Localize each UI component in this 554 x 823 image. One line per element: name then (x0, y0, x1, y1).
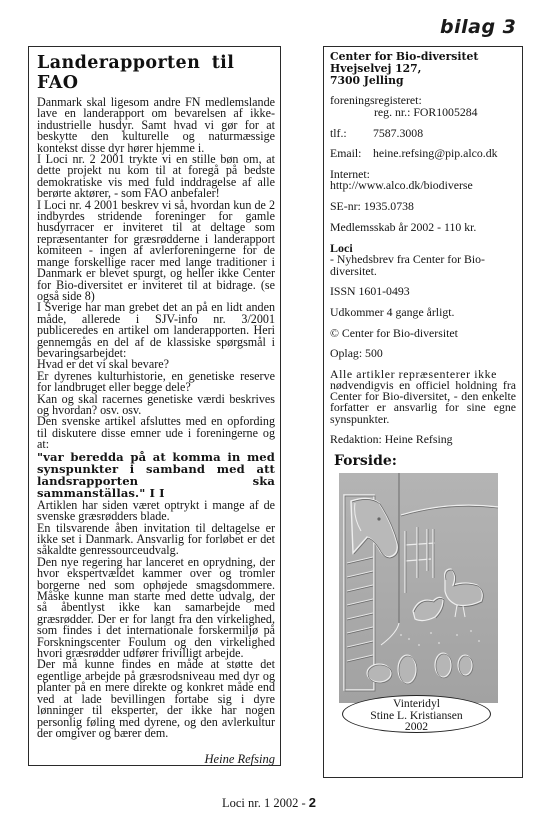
article-paragraph: Kan og skal racernes genetiske værdi bes… (37, 394, 275, 417)
article-paragraph: I Loci nr. 4 2001 beskrev vi så, hvordan… (37, 200, 275, 303)
org-street: Hvejselvej 127, (330, 63, 516, 75)
cover-caption: Vinteridyl Stine L. Kristiansen 2002 (342, 695, 491, 733)
circulation: Oplag: 500 (330, 348, 516, 360)
internet-url: http://www.alco.dk/biodiverse (330, 180, 516, 192)
page-number: 2 (309, 795, 316, 810)
register-number: reg. nr.: FOR1005284 (330, 107, 516, 119)
loci-description: - Nyhedsbrev fra Center for Bio-diversit… (330, 254, 516, 277)
se-value: 1935.0738 (364, 199, 414, 213)
article-paragraph: Der må kunne findes en måde at støtte de… (37, 659, 275, 739)
disclaimer: Alle artikler repræsenterer ikke nødvend… (330, 369, 516, 425)
article-title: Landerapporten til FAO (37, 53, 275, 93)
editor: Redaktion: Heine Refsing (330, 434, 516, 446)
article-paragraph: I Sverige har man grebet det an på en li… (37, 302, 275, 359)
article-paragraph: Den svenske artikel afsluttes med en opf… (37, 416, 275, 450)
article-paragraph: I Loci nr. 2 2001 trykte vi en stille bø… (37, 154, 275, 200)
cover-caption-title: Vinteridyl (343, 698, 490, 709)
email-value: heine.refsing@pip.alco.dk (373, 146, 498, 160)
membership: Medlemsskab år 2002 - 110 kr. (330, 222, 516, 234)
article-paragraph: Danmark skal ligesom andre FN medlemslan… (37, 97, 275, 154)
cover-heading: Forside: (334, 453, 516, 469)
cover-relief-illustration (339, 473, 498, 703)
phone-label: tlf.: (330, 128, 370, 140)
article-body: Danmark skal ligesom andre FN medlemslan… (37, 97, 275, 767)
article-paragraph: Artiklen har siden været optrykt i mange… (37, 500, 275, 523)
issue-label: Loci nr. 1 2002 - (222, 796, 306, 810)
article-author: Heine Refsing (37, 752, 275, 767)
article-box: Landerapporten til FAO Danmark skal lige… (28, 46, 281, 766)
se-line: SE-nr: 1935.0738 (330, 201, 516, 213)
cover-caption-year: 2002 (343, 721, 490, 732)
article-paragraph: Er dyrenes kulturhistorie, en genetiske … (37, 371, 275, 394)
article-paragraph: En tilsvarende åben invitation til delta… (37, 523, 275, 557)
colophon-box: Center for Bio-diversitet Hvejselvej 127… (323, 46, 523, 778)
email-label: Email: (330, 148, 370, 160)
phone-value: 7587.3008 (373, 126, 423, 140)
swedish-quote: "var beredda på at komma in med synspunk… (37, 451, 275, 500)
frequency: Udkommer 4 gange årligt. (330, 307, 516, 319)
org-city: 7300 Jelling (330, 75, 516, 87)
page-footer: Loci nr. 1 2002 - 2 (222, 795, 316, 811)
issn: ISSN 1601-0493 (330, 286, 516, 298)
phone-line: tlf.: 7587.3008 (330, 128, 516, 140)
se-label: SE-nr: (330, 199, 361, 213)
copyright: © Center for Bio-diversitet (330, 328, 516, 340)
cover-image: Vinteridyl Stine L. Kristiansen 2002 (339, 473, 498, 703)
article-paragraph: Den nye regering har lanceret en oprydni… (37, 557, 275, 660)
email-line: Email: heine.refsing@pip.alco.dk (330, 148, 516, 160)
disclaimer-rest: nødvendigvis en officiel holdning fra Ce… (330, 380, 516, 425)
handwritten-annotation: bilag 3 (440, 16, 516, 38)
